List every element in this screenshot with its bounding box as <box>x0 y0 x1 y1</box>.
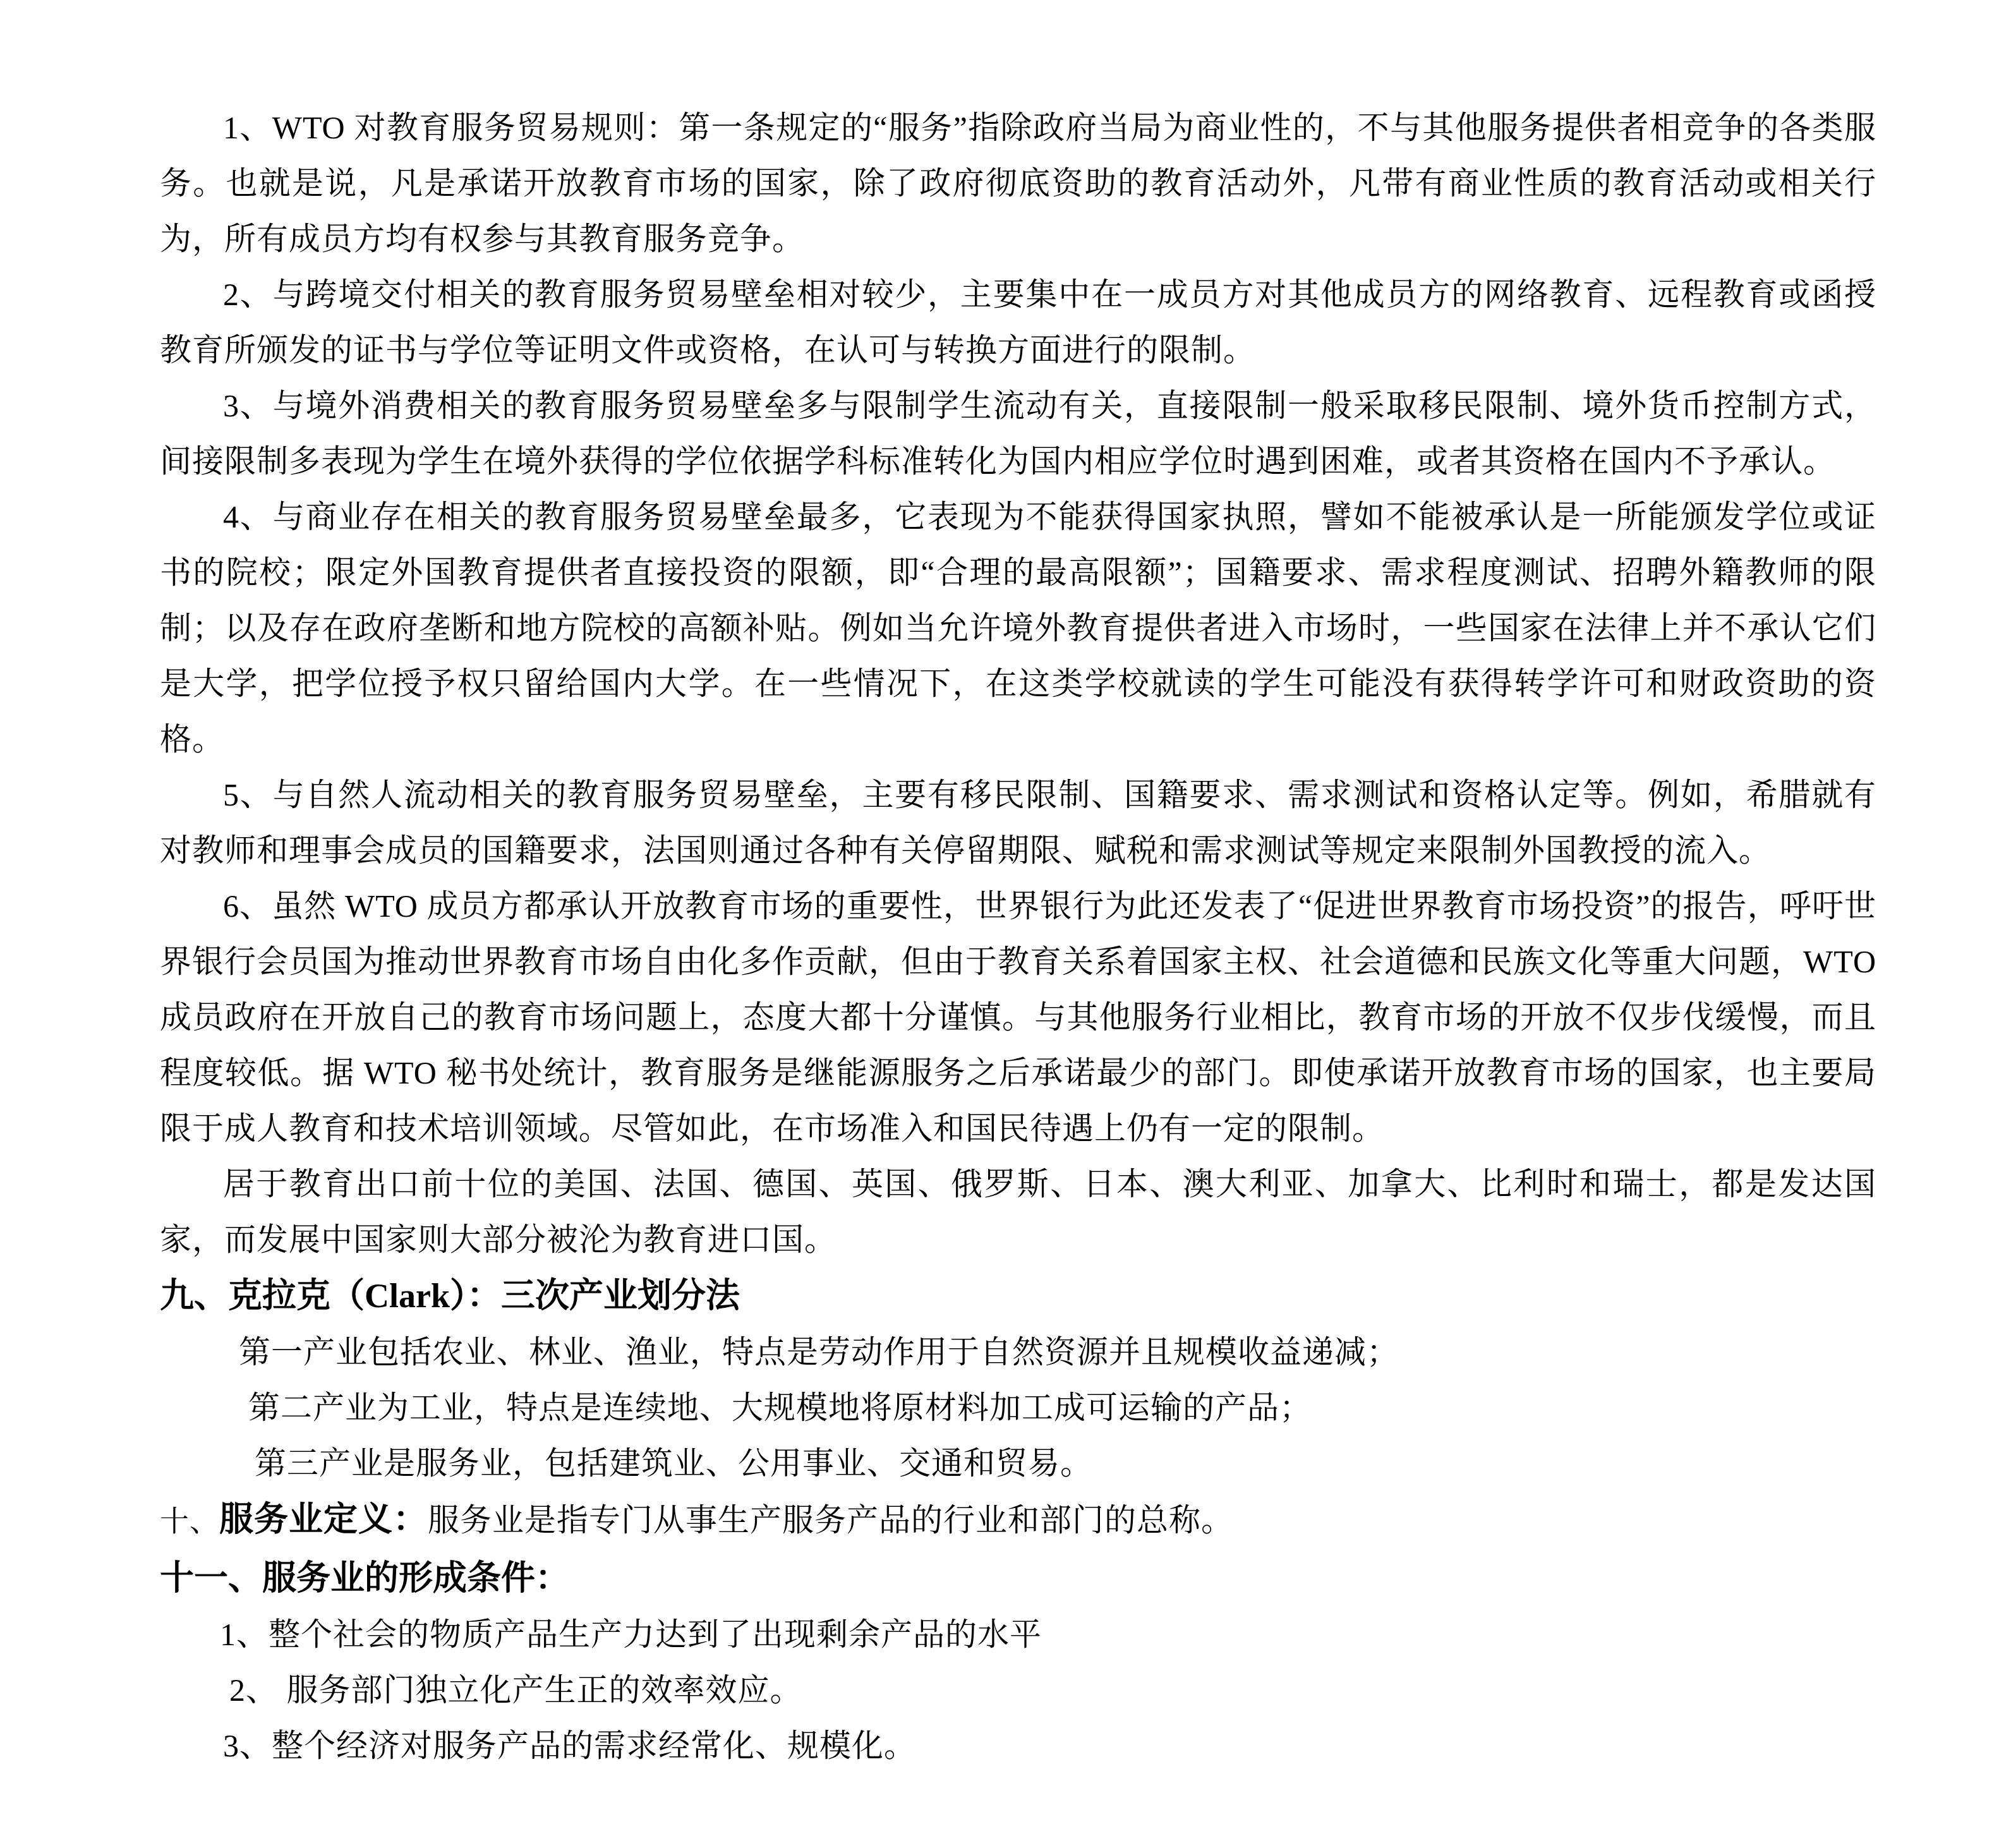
paragraph-7-export-countries: 居于教育出口前十位的美国、法国、德国、英国、俄罗斯、日本、澳大利亚、加拿大、比利… <box>160 1156 1876 1267</box>
section-9-item-primary-industry: 第一产业包括农业、林业、渔业，特点是劳动作用于自然资源并且规模收益递减； <box>160 1324 1876 1380</box>
section-10-term: 服务业定义： <box>219 1501 428 1538</box>
paragraph-1-wto-rules: 1、WTO 对教育服务贸易规则：第一条规定的“服务”指除政府当局为商业性的，不与… <box>160 100 1876 267</box>
section-10-definition-text: 服务业是指专门从事生产服务产品的行业和部门的总称。 <box>428 1502 1233 1538</box>
section-11-condition-1: 1、整个社会的物质产品生产力达到了出现剩余产品的水平 <box>160 1607 1876 1662</box>
section-11-condition-2: 2、 服务部门独立化产生正的效率效应。 <box>160 1662 1876 1718</box>
section-11-heading: 十一、服务业的形成条件： <box>160 1550 1876 1607</box>
paragraph-6-wto-members: 6、虽然 WTO 成员方都承认开放教育市场的重要性，世界银行为此还发表了“促进世… <box>160 878 1876 1156</box>
section-10-definition-line: 十、服务业定义：服务业是指专门从事生产服务产品的行业和部门的总称。 <box>160 1491 1876 1550</box>
paragraph-3-consumption-abroad: 3、与境外消费相关的教育服务贸易壁垒多与限制学生流动有关，直接限制一般采取移民限… <box>160 378 1876 489</box>
paragraph-5-natural-persons: 5、与自然人流动相关的教育服务贸易壁垒，主要有移民限制、国籍要求、需求测试和资格… <box>160 767 1876 878</box>
section-9-heading: 九、克拉克（Clark）：三次产业划分法 <box>160 1267 1876 1324</box>
section-11-condition-3: 3、整个经济对服务产品的需求经常化、规模化。 <box>160 1718 1876 1773</box>
document-page: 1、WTO 对教育服务贸易规则：第一条规定的“服务”指除政府当局为商业性的，不与… <box>0 0 1999 1773</box>
section-9-item-secondary-industry: 第二产业为工业，特点是连续地、大规模地将原材料加工成可运输的产品； <box>160 1380 1876 1435</box>
paragraph-4-commercial-presence: 4、与商业存在相关的教育服务贸易壁垒最多，它表现为不能获得国家执照，譬如不能被承… <box>160 489 1876 767</box>
section-10-number: 十、 <box>160 1505 219 1537</box>
section-9-item-tertiary-industry: 第三产业是服务业，包括建筑业、公用事业、交通和贸易。 <box>160 1435 1876 1491</box>
paragraph-2-cross-border: 2、与跨境交付相关的教育服务贸易壁垒相对较少，主要集中在一成员方对其他成员方的网… <box>160 267 1876 378</box>
